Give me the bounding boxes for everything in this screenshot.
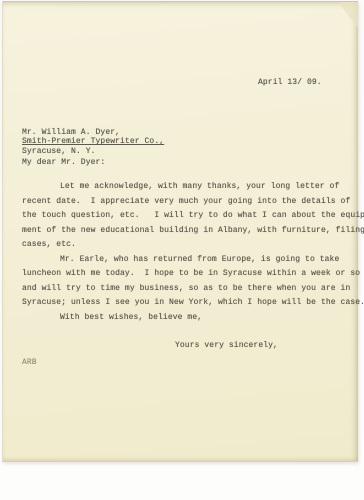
paper-corner-fold: [338, 2, 358, 28]
body-line: With best wishes, believe me,: [22, 311, 352, 326]
body-line: Mr. Earle, who has returned from Europe,…: [22, 253, 352, 268]
body-line: luncheon with me today. I hope to be in …: [22, 267, 352, 282]
body-line: cases, etc.: [22, 238, 352, 253]
body-line: the touch question, etc. I will try to d…: [22, 209, 352, 224]
body-line: Syracuse; unless I see you in New York, …: [22, 296, 352, 311]
letter-paper: April 13/ 09. Mr. William A. Dyer, Smith…: [2, 1, 358, 462]
signoff: Yours very sincerely,: [175, 341, 278, 350]
body-line: ment of the new educational building in …: [22, 224, 352, 239]
salutation: My dear Mr. Dyer:: [22, 158, 105, 167]
body-line: and will try to time my business, so as …: [22, 282, 352, 297]
scanned-letter-page: April 13/ 09. Mr. William A. Dyer, Smith…: [0, 0, 364, 500]
body-line: Let me acknowledge, with many thanks, yo…: [22, 180, 352, 195]
letter-body: Let me acknowledge, with many thanks, yo…: [22, 180, 352, 325]
recipient-city: Syracuse, N. Y.: [22, 147, 164, 156]
body-line: recent date. I appreciate very much your…: [22, 195, 352, 210]
letter-date: April 13/ 09.: [258, 78, 322, 87]
recipient-address-block: Mr. William A. Dyer, Smith-Premier Typew…: [22, 128, 164, 156]
recipient-name: Mr. William A. Dyer,: [22, 128, 164, 137]
typist-initials: ARB: [22, 358, 37, 367]
recipient-company: Smith-Premier Typewriter Co.,: [22, 137, 164, 146]
